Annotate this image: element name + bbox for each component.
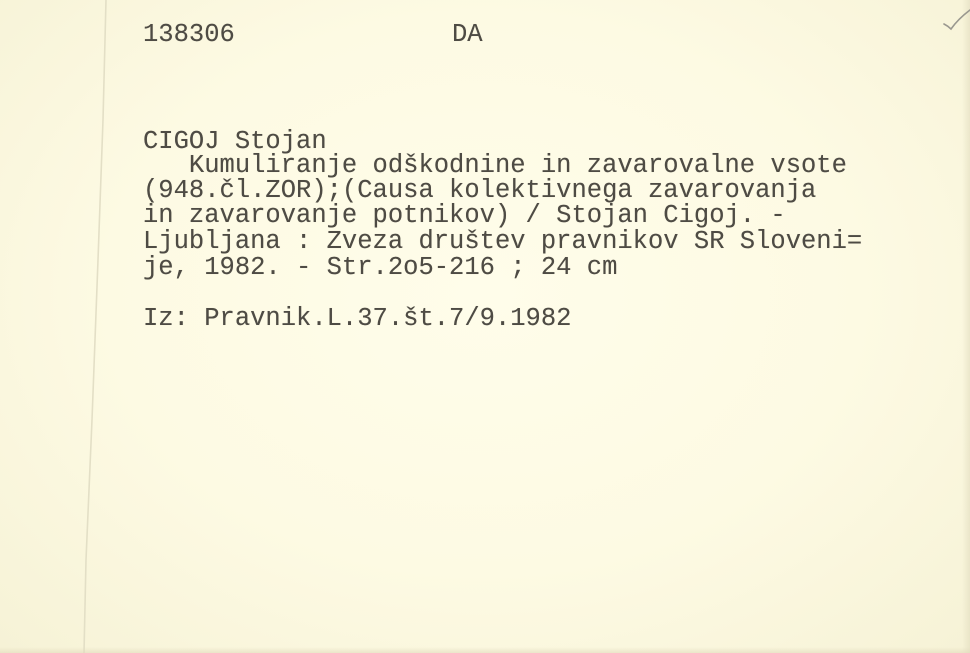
card-right-edge (962, 0, 970, 653)
description-line: Kumuliranje odškodnine in zavarovalne vs… (143, 153, 847, 179)
description-line: Ljubljana : Zveza društev pravnikov SR S… (143, 229, 862, 255)
pencil-checkmark-icon (938, 8, 970, 32)
card-bottom-edge (0, 647, 970, 653)
description-line: (948.čl.ZOR);(Causa kolektivnega zavarov… (143, 178, 816, 204)
catalog-card: 138306 DA CIGOJ Stojan Kumuliranje odško… (0, 0, 970, 653)
collection-code: DA (452, 22, 483, 48)
description-line: je, 1982. - Str.2o5-216 ; 24 cm (143, 255, 617, 281)
description-line: in zavarovanje potnikov) / Stojan Cigoj.… (143, 203, 786, 229)
call-number: 138306 (143, 22, 235, 48)
source-note: Iz: Pravnik.L.37.št.7/9.1982 (143, 306, 571, 332)
